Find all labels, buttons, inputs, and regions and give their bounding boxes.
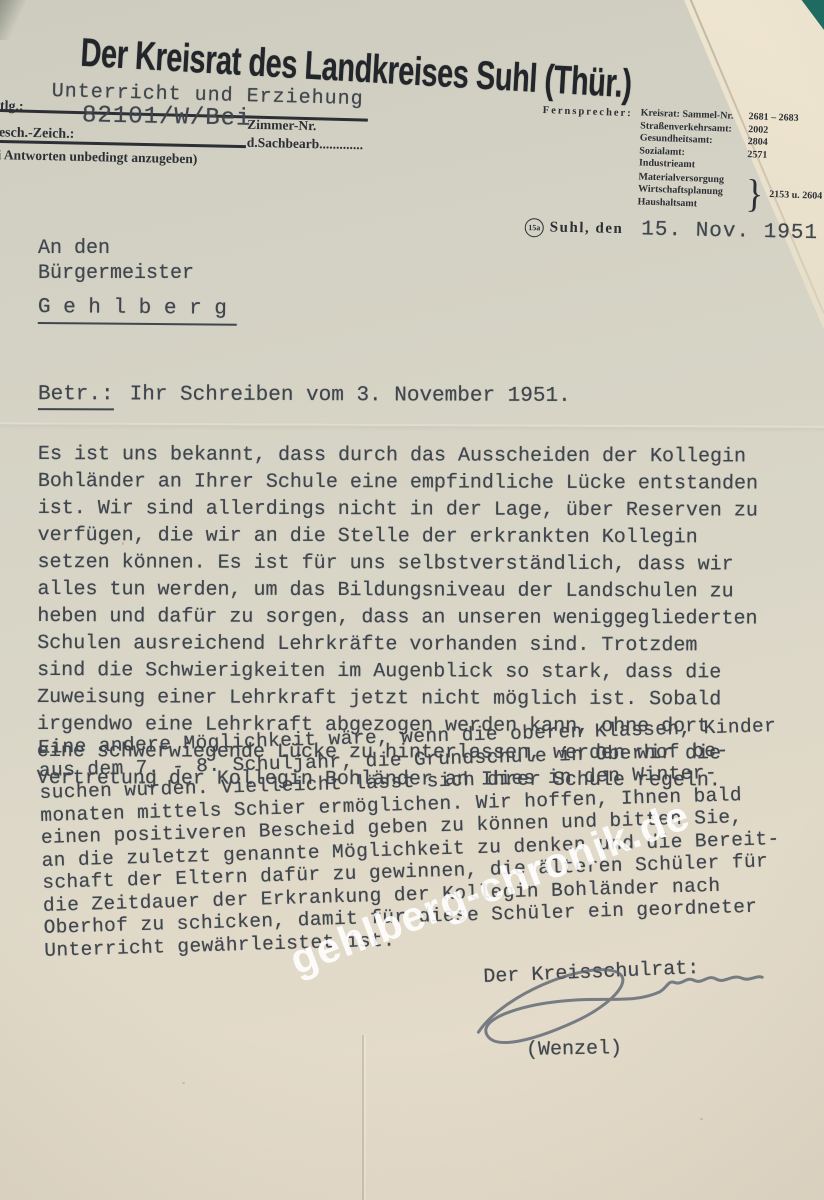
signature-name: (Wenzel) <box>526 1037 622 1062</box>
paper-speck <box>700 1118 703 1120</box>
paper-speck <box>598 702 600 704</box>
date-line: 15a Suhl, den 15. Nov. 1951 <box>525 216 819 245</box>
recipient-block: An den Bürgermeister <box>38 236 194 286</box>
room-number-field: Zimmer-Nr. d.Sachbearb............. <box>247 116 364 154</box>
letter-date: 15. Nov. 1951 <box>641 218 818 245</box>
phone-group: Materialversorgung Wirtschaftsplanung Ha… <box>637 171 824 215</box>
phone-directory: Fernsprecher: Kreisrat: Sammel-Nr. 2681 … <box>539 104 824 215</box>
fold-crease <box>0 422 824 428</box>
phone-group-number: 2153 u. 2604 <box>769 189 822 202</box>
room-number-clerk: d.Sachbearb............. <box>247 134 364 154</box>
subject-text: Ihr Schreiben vom 3. November 1951. <box>130 383 571 408</box>
recipient-city: G e h l b e r g <box>38 296 237 326</box>
postal-zone-badge: 15a <box>525 218 544 237</box>
phone-group-labels: Materialversorgung Wirtschaftsplanung Ha… <box>637 171 746 212</box>
phone-heading: Fernsprecher: <box>539 104 632 208</box>
paper-speck <box>122 542 124 545</box>
letter-document: Der Kreisrat des Landkreises Suhl (Thür.… <box>0 0 824 1200</box>
subject-line: Betr.:Ihr Schreiben vom 3. November 1951… <box>38 383 571 408</box>
phone-rows: Kreisrat: Sammel-Nr. 2681 – 2683 Straßen… <box>637 107 824 215</box>
shadow-corner <box>0 0 26 40</box>
reference-note: (Bei Antworten unbedingt anzugeben) <box>0 147 198 168</box>
phone-number: 2804 <box>748 136 768 149</box>
department-label: Abtlg.: <box>0 98 24 115</box>
place-label: Suhl, den <box>550 220 624 239</box>
fold-crease <box>362 1035 364 1200</box>
room-number-label: Zimmer-Nr. <box>247 116 364 136</box>
reference-underline <box>0 140 246 148</box>
subject-label: Betr.: <box>38 383 114 410</box>
phone-number: 2002 <box>748 124 768 137</box>
paper-speck <box>182 1082 185 1084</box>
reference-number: 82101/W/Bei <box>82 102 252 133</box>
brace-glyph: } <box>745 174 764 214</box>
phone-number: 2571 <box>747 149 767 162</box>
